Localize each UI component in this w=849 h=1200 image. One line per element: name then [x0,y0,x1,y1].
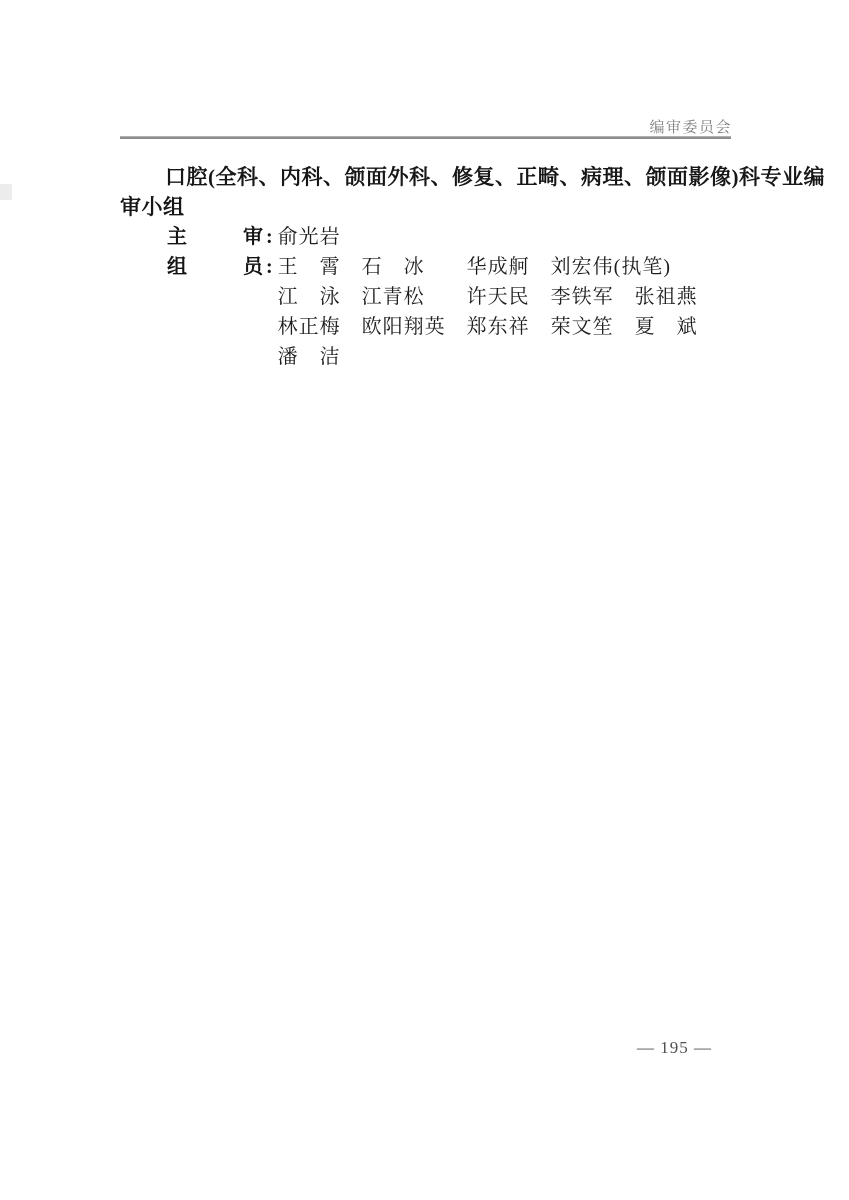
chief-reviewer-names: 俞光岩 [278,222,341,252]
chief-reviewer-row: 主 审 : 俞光岩 [167,222,698,252]
members-name-row-3: 林正梅 欧阳翔英 郑东祥 荣文笙 夏 斌 [278,312,698,342]
members-name-row-1: 王 霄 石 冰 华成舸 刘宏伟(执笔) [278,252,698,282]
members-label-first-char: 组 [167,252,187,282]
section-title-line-1: 口腔(全科、内科、颌面外科、修复、正畸、病理、颌面影像)科专业编 [120,163,736,193]
page-number: — 195 — [637,1038,712,1058]
members-names: 王 霄 石 冰 华成舸 刘宏伟(执笔) 江 泳 江青松 许天民 李铁军 张祖燕 … [278,252,698,372]
chief-label-colon: : [266,222,273,252]
section-title-line-2: 审小组 [120,193,736,223]
header-double-rule [120,136,731,139]
running-header-text: 编审委员会 [649,116,732,137]
roles-block: 主 审 : 俞光岩 组 员 : 王 霄 石 冰 华成舸 刘宏伟(执笔) 江 泳 … [167,222,698,372]
section-title: 口腔(全科、内科、颌面外科、修复、正畸、病理、颌面影像)科专业编 审小组 [120,163,736,222]
chief-label-second-char: 审 [243,222,263,252]
document-page: 编审委员会 口腔(全科、内科、颌面外科、修复、正畸、病理、颌面影像)科专业编 审… [0,0,849,1200]
scan-artifact [0,184,12,200]
members-name-row-4: 潘 洁 [278,342,698,372]
chief-label-first-char: 主 [167,222,187,252]
chief-reviewer-label: 主 审 [167,222,263,252]
members-label-second-char: 员 [243,252,263,282]
members-label-colon: : [266,252,273,282]
members-row: 组 员 : 王 霄 石 冰 华成舸 刘宏伟(执笔) 江 泳 江青松 许天民 李铁… [167,252,698,372]
members-name-row-2: 江 泳 江青松 许天民 李铁军 张祖燕 [278,282,698,312]
members-label: 组 员 [167,252,263,282]
chief-reviewer-name: 俞光岩 [278,222,341,252]
